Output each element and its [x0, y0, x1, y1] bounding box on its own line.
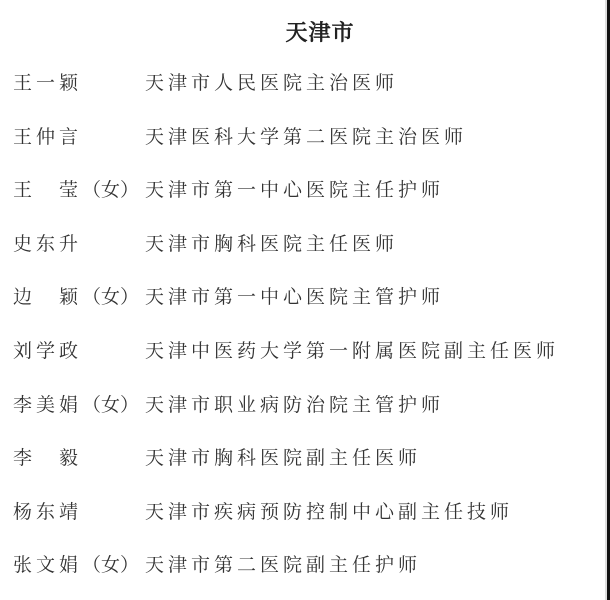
organization-title: 天津市胸科医院主任医师 — [145, 226, 398, 262]
list-item: 刘学政 天津中医药大学第一附属医院副主任医师 — [13, 333, 559, 387]
person-name: 史东升 — [13, 233, 82, 255]
organization-title: 天津市职业病防治院主管护师 — [145, 387, 444, 423]
person-name: 刘学政 — [13, 340, 82, 362]
organization-title: 天津市胸科医院副主任医师 — [145, 440, 421, 476]
person-name: 边 颖 — [13, 286, 82, 308]
list-item: 李美娟（女） 天津市职业病防治院主管护师 — [13, 387, 559, 441]
list-item: 王仲言 天津医科大学第二医院主治医师 — [13, 119, 559, 173]
section-title: 天津市 — [0, 16, 610, 47]
person-name: 王一颖 — [13, 72, 82, 94]
organization-title: 天津医科大学第二医院主治医师 — [145, 119, 467, 155]
person-name: 杨东靖 — [13, 501, 82, 523]
list-item: 张文娟（女） 天津市第二医院副主任护师 — [13, 547, 559, 600]
list-item: 杨东靖 天津市疾病预防控制中心副主任技师 — [13, 494, 559, 548]
gender-note: （女） — [82, 286, 139, 308]
person-name: 王 莹 — [13, 179, 82, 201]
organization-title: 天津中医药大学第一附属医院副主任医师 — [145, 333, 559, 369]
organization-title: 天津市第一中心医院主任护师 — [145, 172, 444, 208]
list-item: 王 莹（女） 天津市第一中心医院主任护师 — [13, 172, 559, 226]
gender-note: （女） — [82, 554, 139, 576]
list-item: 边 颖（女） 天津市第一中心医院主管护师 — [13, 279, 559, 333]
person-name: 李 毅 — [13, 447, 82, 469]
organization-title: 天津市第一中心医院主管护师 — [145, 279, 444, 315]
honoree-list: 王一颖 天津市人民医院主治医师 王仲言 天津医科大学第二医院主治医师 王 莹（女… — [13, 65, 559, 600]
gender-note: （女） — [82, 394, 139, 416]
list-item: 李 毅 天津市胸科医院副主任医师 — [13, 440, 559, 494]
gender-note: （女） — [82, 179, 139, 201]
list-item: 史东升 天津市胸科医院主任医师 — [13, 226, 559, 280]
list-item: 王一颖 天津市人民医院主治医师 — [13, 65, 559, 119]
person-name: 张文娟 — [13, 554, 82, 576]
organization-title: 天津市第二医院副主任护师 — [145, 547, 421, 583]
person-name: 李美娟 — [13, 394, 82, 416]
organization-title: 天津市人民医院主治医师 — [145, 65, 398, 101]
organization-title: 天津市疾病预防控制中心副主任技师 — [145, 494, 513, 530]
person-name: 王仲言 — [13, 126, 82, 148]
